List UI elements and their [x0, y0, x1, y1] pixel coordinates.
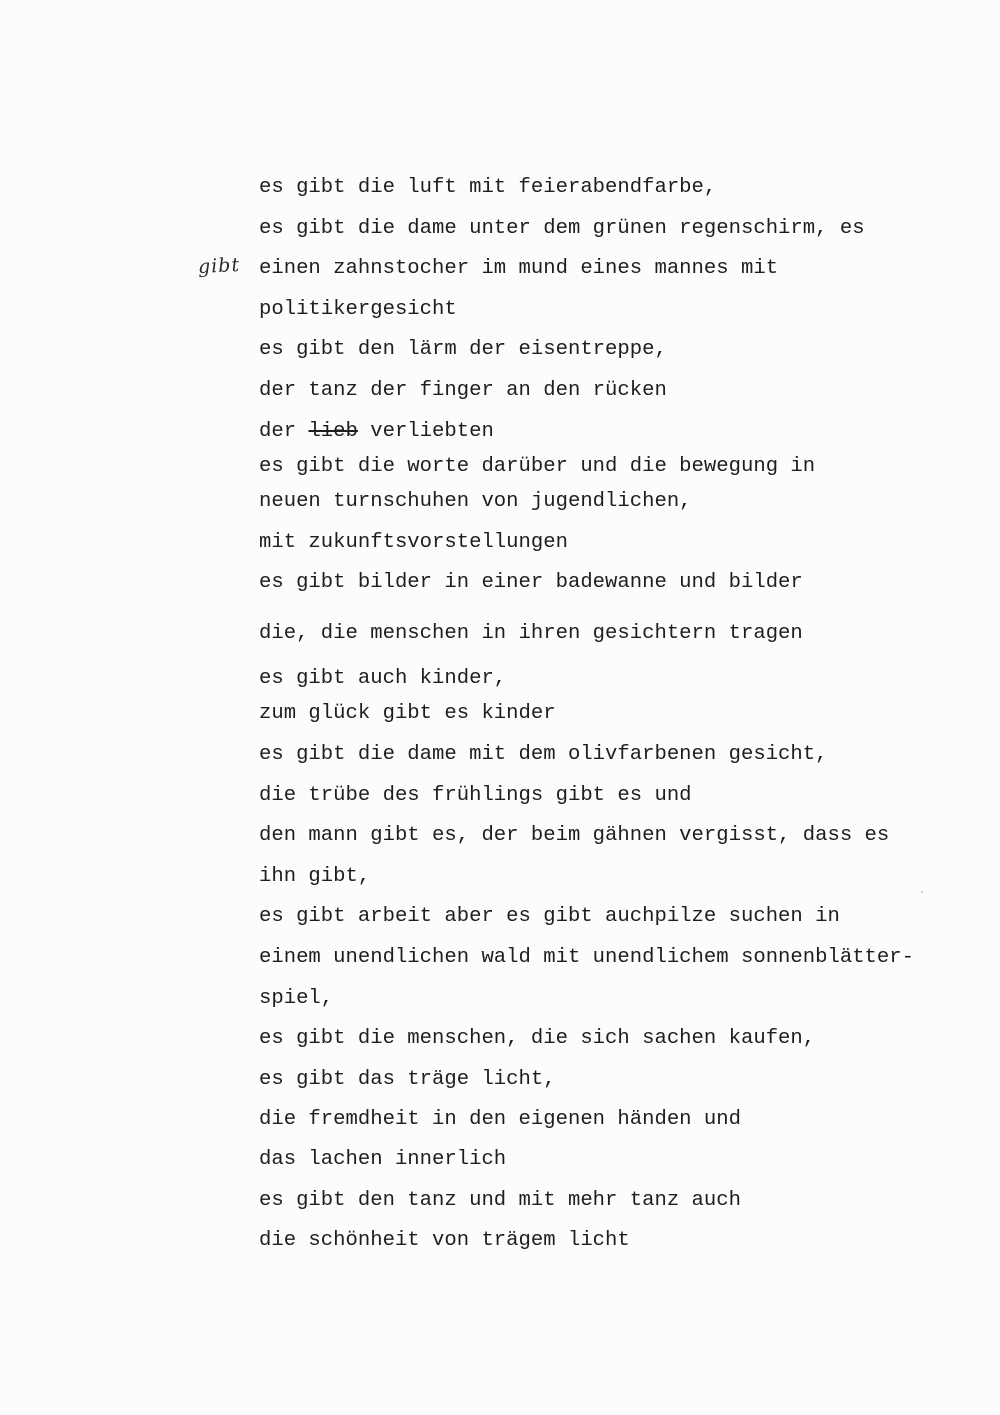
poem-line: neuen turnschuhen von jugendlichen, [259, 490, 692, 514]
poem-line: den mann gibt es, der beim gähnen vergis… [259, 824, 889, 848]
paper-speck [921, 891, 923, 893]
struck-word: lieb [308, 420, 357, 443]
poem-line: ihn gibt, [259, 865, 370, 889]
poem-line: es gibt die dame unter dem grünen regens… [259, 217, 865, 241]
poem-line: es gibt arbeit aber es gibt auchpilze su… [259, 905, 840, 929]
poem-line: es gibt auch kinder, [259, 667, 506, 691]
poem-line: die schönheit von trägem licht [259, 1229, 630, 1253]
poem-line: mit zukunftsvorstellungen [259, 531, 568, 555]
poem-line: es gibt die dame mit dem olivfarbenen ge… [259, 743, 827, 767]
poem-line-with-strikethrough: der lieb verliebten [259, 420, 494, 444]
poem-line: es gibt die luft mit feierabendfarbe, [259, 176, 716, 200]
poem-line: es gibt bilder in einer badewanne und bi… [259, 571, 803, 595]
poem-line: zum glück gibt es kinder [259, 702, 556, 726]
poem-line: einem unendlichen wald mit unendlichem s… [259, 946, 914, 970]
poem-line: es gibt den lärm der eisentreppe, [259, 338, 667, 362]
poem-line: es gibt die menschen, die sich sachen ka… [259, 1027, 815, 1051]
poem-line: es gibt das träge licht, [259, 1068, 556, 1092]
typewritten-page: gibt es gibt die luft mit feierabendfarb… [0, 0, 1000, 1415]
poem-line: einen zahnstocher im mund eines mannes m… [259, 257, 778, 281]
poem-line: die fremdheit in den eigenen händen und [259, 1108, 741, 1132]
poem-line: die trübe des frühlings gibt es und [259, 784, 692, 808]
line-prefix: der [259, 420, 308, 443]
line-suffix: verliebten [358, 420, 494, 443]
poem-line: der tanz der finger an den rücken [259, 379, 667, 403]
poem-line: das lachen innerlich [259, 1148, 506, 1172]
poem-line: die, die menschen in ihren gesichtern tr… [259, 622, 803, 646]
poem-line: es gibt die worte darüber und die bewegu… [259, 455, 815, 479]
poem-line: politikergesicht [259, 298, 457, 322]
poem-line: es gibt den tanz und mit mehr tanz auch [259, 1189, 741, 1213]
poem-line: spiel, [259, 987, 333, 1011]
handwritten-margin-note: gibt [197, 254, 240, 278]
